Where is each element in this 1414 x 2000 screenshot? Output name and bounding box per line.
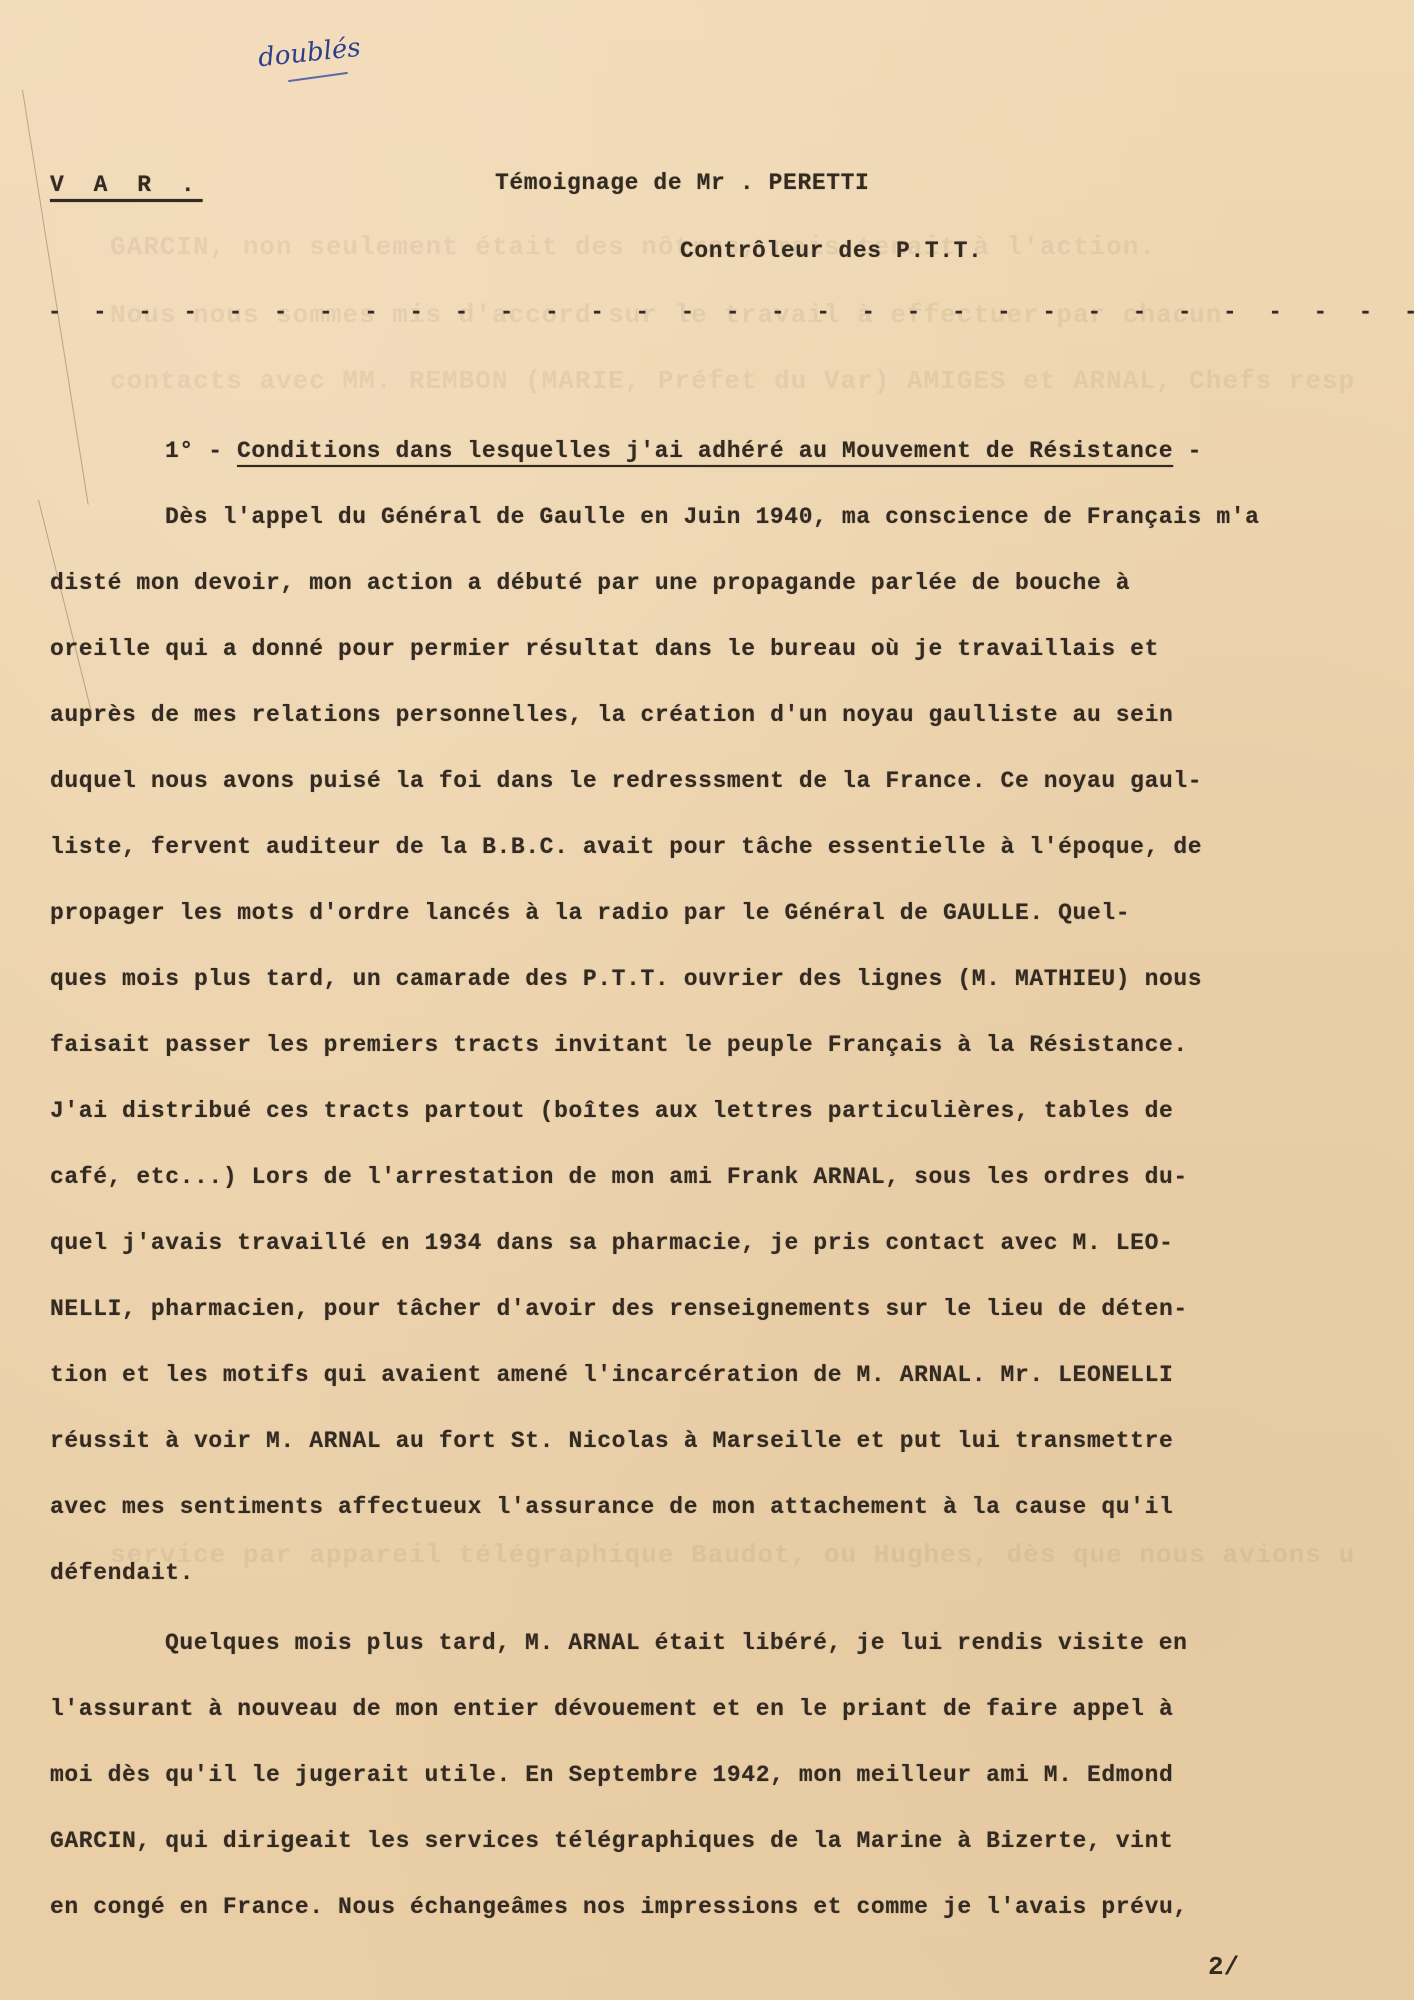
body-line: propager les mots d'ordre lancés à la ra… <box>50 900 1130 926</box>
section-number: 1° - <box>165 438 223 464</box>
body-line: avec mes sentiments affectueux l'assuran… <box>50 1494 1173 1520</box>
body-line: tion et les motifs qui avaient amené l'i… <box>50 1362 1173 1388</box>
document-title: Témoignage de Mr . PERETTI <box>495 170 869 196</box>
body-line: duquel nous avons puisé la foi dans le r… <box>50 768 1202 794</box>
bleed-through-text: contacts avec MM. REMBON (MARIE, Préfet … <box>110 366 1354 396</box>
body-line: liste, fervent auditeur de la B.B.C. ava… <box>50 834 1202 860</box>
body-line: l'assurant à nouveau de mon entier dévou… <box>50 1696 1173 1722</box>
body-line: Dès l'appel du Général de Gaulle en Juin… <box>165 504 1260 530</box>
handwritten-annotation: doublés <box>257 33 362 74</box>
paper-crease <box>22 90 89 505</box>
body-line: défendait. <box>50 1560 194 1586</box>
section-heading-suffix: - <box>1173 438 1202 464</box>
page-number: 2/ <box>1208 1952 1239 1982</box>
body-line: oreille qui a donné pour permier résulta… <box>50 636 1159 662</box>
body-line: J'ai distribué ces tracts partout (boîte… <box>50 1098 1173 1124</box>
separator-line: - - - - - - - - - - - - - - - - - - - - … <box>48 300 1414 325</box>
body-line: auprès de mes relations personnelles, la… <box>50 702 1173 728</box>
body-line: quel j'avais travaillé en 1934 dans sa p… <box>50 1230 1173 1256</box>
bleed-through-text: service par appareil télégraphique Baudo… <box>110 1540 1354 1570</box>
document-subtitle: Contrôleur des P.T.T. <box>680 238 982 264</box>
body-line: ques mois plus tard, un camarade des P.T… <box>50 966 1202 992</box>
body-line: moi dès qu'il le jugerait utile. En Sept… <box>50 1762 1173 1788</box>
body-line: café, etc...) Lors de l'arrestation de m… <box>50 1164 1188 1190</box>
document-page: GARCIN, non seulement était des nôtres, … <box>0 0 1414 2000</box>
section-heading: 1° - Conditions dans lesquelles j'ai adh… <box>165 438 1202 464</box>
paper-crease <box>38 500 92 714</box>
department-label: V A R . <box>50 172 203 198</box>
section-heading-text: Conditions dans lesquelles j'ai adhéré a… <box>237 438 1173 464</box>
body-line: disté mon devoir, mon action a débuté pa… <box>50 570 1130 596</box>
handwritten-underline <box>288 72 348 82</box>
body-line: Quelques mois plus tard, M. ARNAL était … <box>165 1630 1188 1656</box>
body-line: NELLI, pharmacien, pour tâcher d'avoir d… <box>50 1296 1188 1322</box>
body-line: GARCIN, qui dirigeait les services télég… <box>50 1828 1173 1854</box>
body-line: faisait passer les premiers tracts invit… <box>50 1032 1188 1058</box>
body-line: en congé en France. Nous échangeâmes nos… <box>50 1894 1188 1920</box>
body-line: réussit à voir M. ARNAL au fort St. Nico… <box>50 1428 1173 1454</box>
